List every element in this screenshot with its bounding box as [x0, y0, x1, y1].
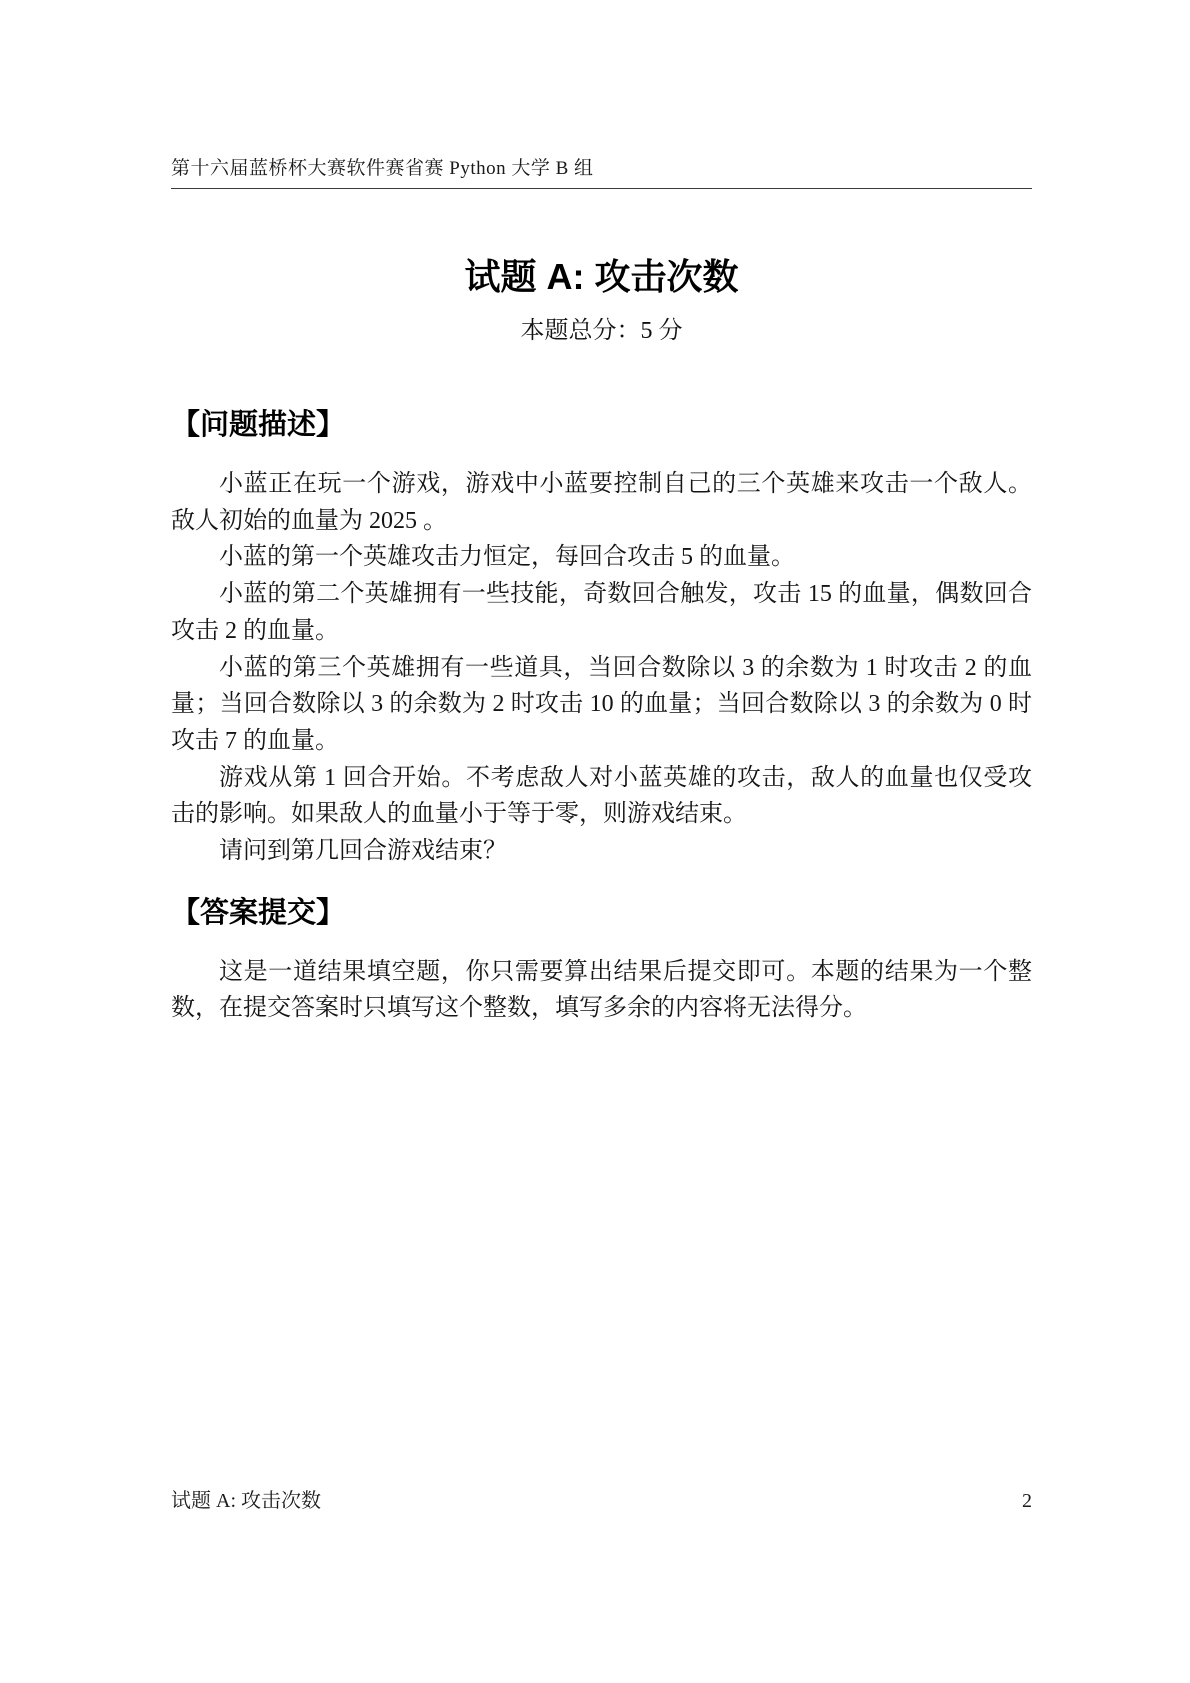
page-subtitle: 本题总分：5 分	[171, 315, 1032, 347]
section-heading-problem-description: 【问题描述】	[171, 406, 1032, 444]
page-content: 第十六届蓝桥杯大赛软件赛省赛 Python 大学 B 组 试题 A: 攻击次数 …	[171, 0, 1032, 1027]
page-footer: 试题 A: 攻击次数 2	[171, 1488, 1032, 1514]
section-heading-answer-submission: 【答案提交】	[171, 894, 1032, 932]
header-rule	[171, 188, 1032, 189]
page-title: 试题 A: 攻击次数	[171, 255, 1032, 299]
paragraph-game-intro: 小蓝正在玩一个游戏，游戏中小蓝要控制自己的三个英雄来攻击一个敌人。敌人初始的血量…	[171, 466, 1032, 539]
section-problem-description: 【问题描述】 小蓝正在玩一个游戏，游戏中小蓝要控制自己的三个英雄来攻击一个敌人。…	[171, 406, 1032, 870]
paragraph-hero-three: 小蓝的第三个英雄拥有一些道具，当回合数除以 3 的余数为 1 时攻击 2 的血量…	[171, 650, 1032, 760]
paragraph-hero-one: 小蓝的第一个英雄攻击力恒定，每回合攻击 5 的血量。	[171, 539, 1032, 576]
footer-problem-label: 试题 A: 攻击次数	[171, 1488, 321, 1514]
paragraph-submission-instructions: 这是一道结果填空题，你只需要算出结果后提交即可。本题的结果为一个整数，在提交答案…	[171, 954, 1032, 1027]
paragraph-question: 请问到第几回合游戏结束？	[171, 833, 1032, 870]
footer-page-number: 2	[1022, 1488, 1032, 1514]
section-answer-submission: 【答案提交】 这是一道结果填空题，你只需要算出结果后提交即可。本题的结果为一个整…	[171, 894, 1032, 1027]
running-header: 第十六届蓝桥杯大赛软件赛省赛 Python 大学 B 组	[171, 157, 1032, 181]
paragraph-hero-two: 小蓝的第二个英雄拥有一些技能，奇数回合触发，攻击 15 的血量，偶数回合攻击 2…	[171, 576, 1032, 649]
document-page: 第十六届蓝桥杯大赛软件赛省赛 Python 大学 B 组 试题 A: 攻击次数 …	[0, 0, 1190, 1683]
paragraph-game-rules: 游戏从第 1 回合开始。不考虑敌人对小蓝英雄的攻击，敌人的血量也仅受攻击的影响。…	[171, 760, 1032, 833]
